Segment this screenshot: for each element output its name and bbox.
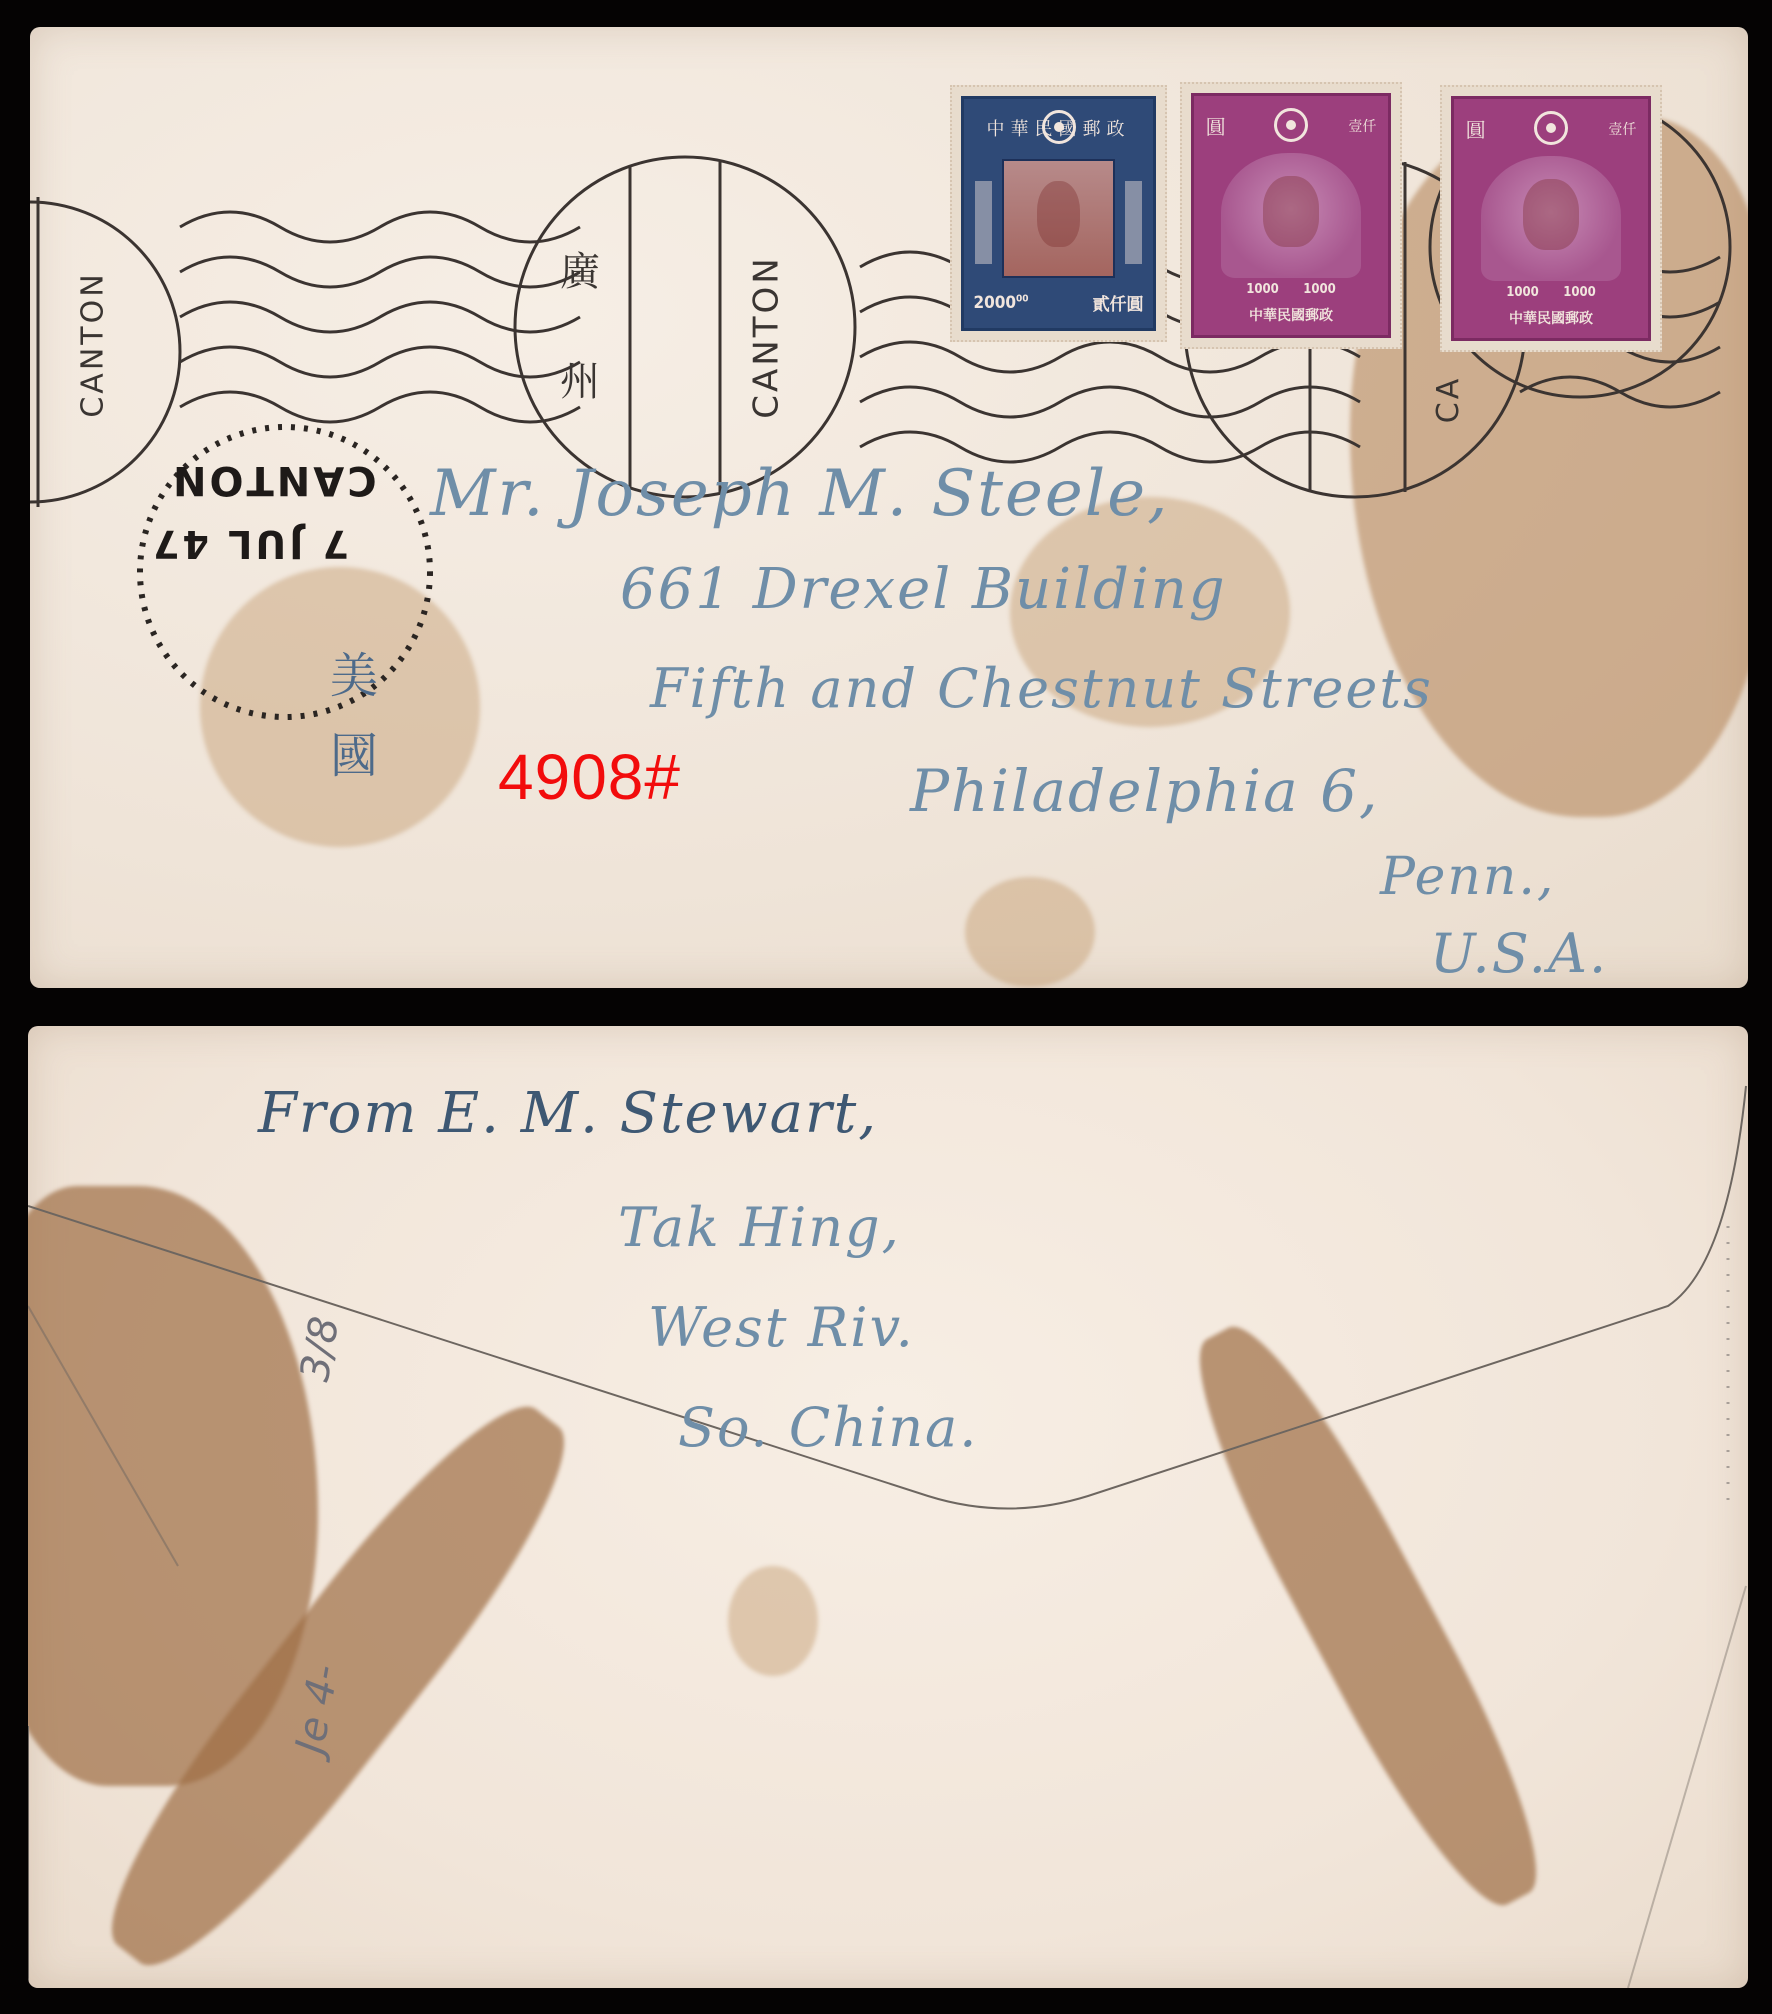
address-line-5: Penn., [1380, 847, 1555, 907]
stamp-1000-yuan-1: 圓壹仟 1000 1000 中華民國郵政 [1180, 82, 1402, 349]
torch-left-icon [975, 181, 992, 263]
stamp-value: 200000 貳仟圓 [973, 287, 1143, 319]
sender-line-2: Tak Hing, [618, 1196, 901, 1259]
destination-chinese-2: 國 [330, 717, 378, 786]
stamp-1000-yuan-2: 圓壹仟 1000 1000 中華民國郵政 [1440, 85, 1662, 352]
lot-number: 4908# [498, 740, 681, 814]
envelope-front: CANTON CANTON 廣州 CA CANTON 7 JUL 47 中華民國… [30, 27, 1748, 988]
central-postmark-chinese: 廣州 [560, 217, 610, 437]
torch-right-icon [1125, 181, 1142, 263]
stamp-top-text: 中華民國郵政 [975, 108, 1141, 147]
envelope-back: From E. M. Stewart, Tak Hing, West Riv. … [28, 1026, 1748, 1988]
central-postmark-city: CANTON [747, 255, 787, 418]
stain-dot [728, 1566, 818, 1676]
sender-line-1: From E. M. Stewart, [258, 1081, 878, 1146]
stamp-value: 1000 1000 中華民國郵政 [1204, 282, 1379, 325]
stamp-portrait [1481, 156, 1621, 280]
stamp-portrait [1221, 153, 1361, 277]
second-postmark-city: CA [1431, 376, 1466, 423]
left-postmark-city: CANTON [76, 271, 111, 417]
receiving-mark-city: CANTON [170, 457, 377, 503]
pencil-note-1: 3/8 [292, 1313, 348, 1384]
sender-line-3: West Riv. [648, 1296, 915, 1359]
address-line-1: Mr. Joseph M. Steele, [430, 457, 1169, 531]
address-line-3: Fifth and Chestnut Streets [650, 657, 1433, 720]
stain-dot [965, 877, 1095, 987]
address-line-2: 661 Drexel Building [620, 557, 1227, 622]
stamp-portrait [1002, 159, 1115, 278]
address-line-4: Philadelphia 6, [910, 757, 1379, 825]
receiving-mark-date: 7 JUL 47 [150, 522, 349, 566]
stain-diagonal-right [1165, 1305, 1571, 1926]
sender-line-4: So. China. [678, 1396, 978, 1459]
stain-left [200, 567, 480, 847]
address-line-6: U.S.A. [1430, 922, 1608, 985]
destination-chinese-1: 美 [330, 637, 378, 706]
stamp-2000-yuan: 中華民國郵政 200000 貳仟圓 [950, 85, 1167, 342]
stamp-value: 1000 1000 中華民國郵政 [1464, 285, 1639, 328]
